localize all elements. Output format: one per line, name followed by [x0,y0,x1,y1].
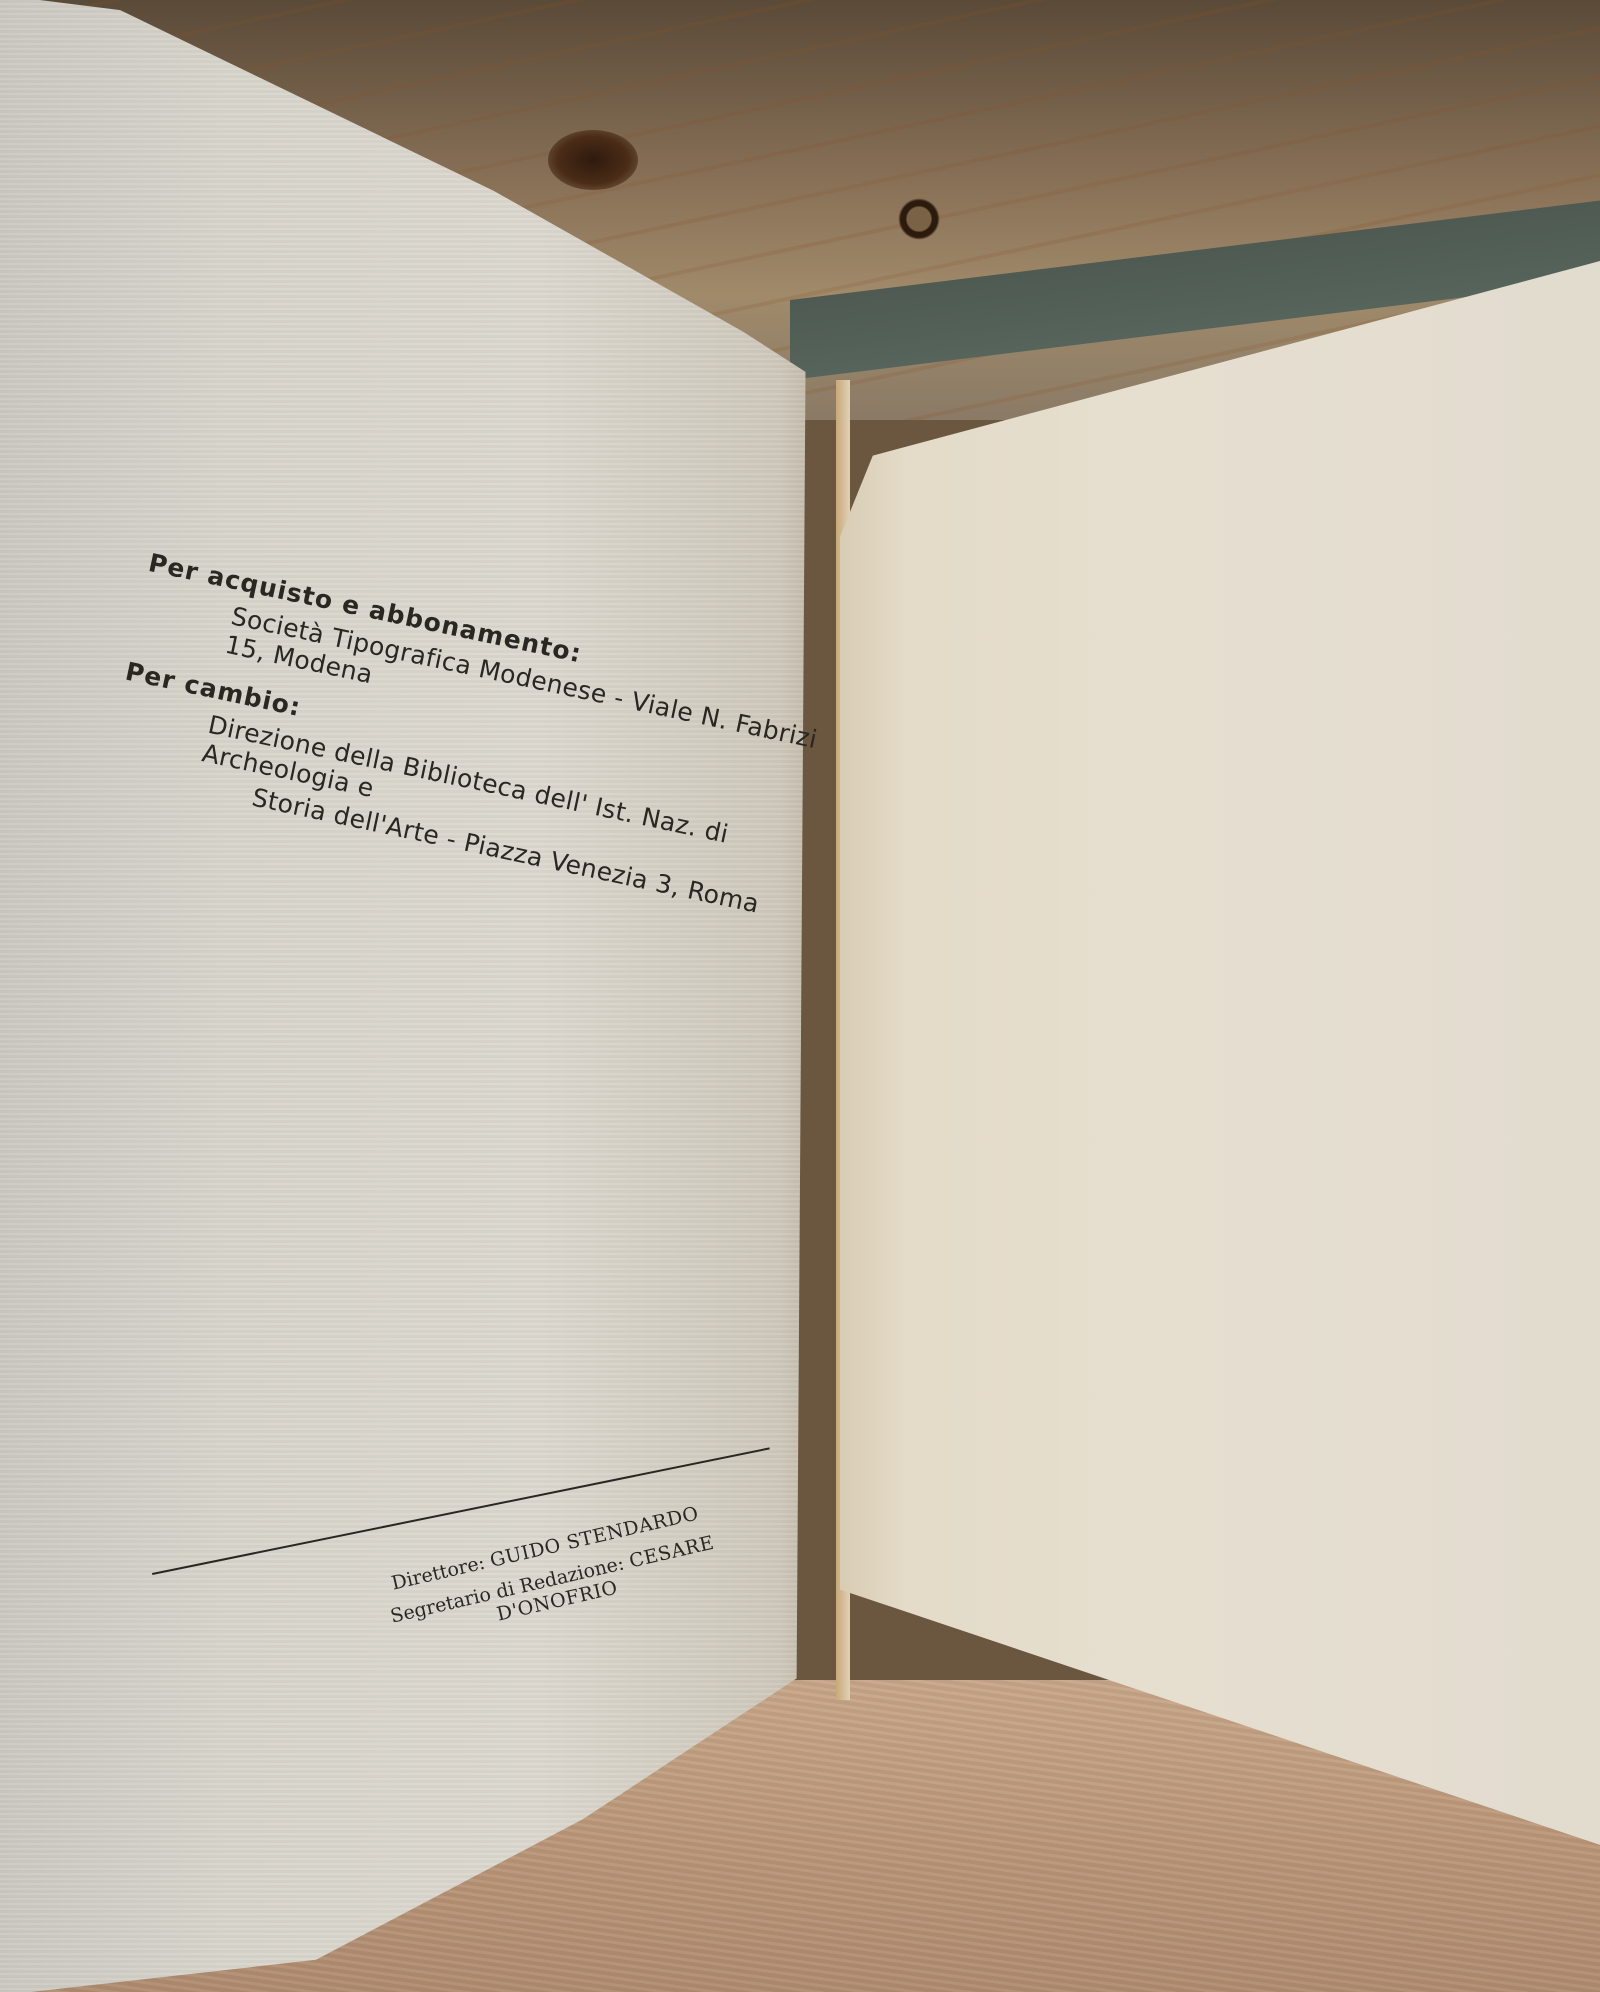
wood-knot-large [548,130,638,190]
right-page-blank [840,245,1600,1865]
wood-knot-small [898,198,940,240]
